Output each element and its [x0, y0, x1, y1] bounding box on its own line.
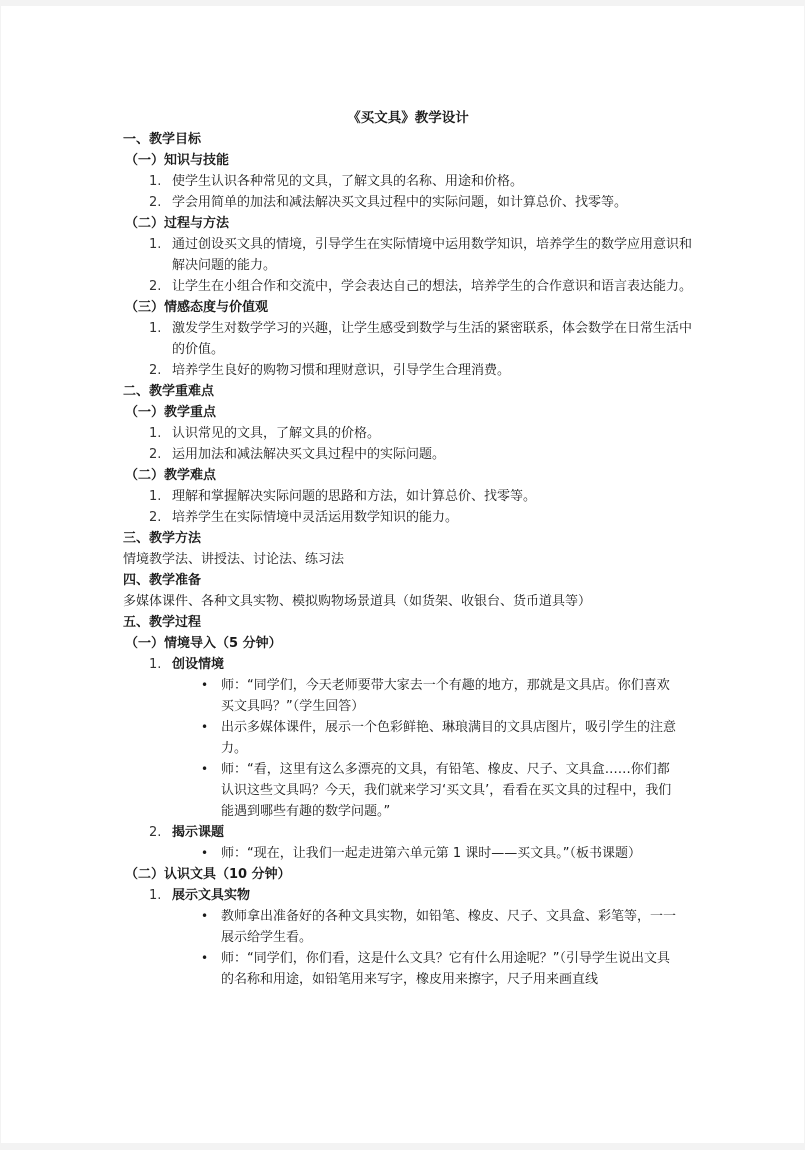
- list-item: 2. 学会用简单的加法和减法解决买文具过程中的实际问题，如计算总价、找零等。: [149, 192, 693, 213]
- bullet-text: 教师拿出准备好的各种文具实物，如铅笔、橡皮、尺子、文具盒、彩笔等，一一展示给学生…: [221, 906, 681, 948]
- list-text: 使学生认识各种常见的文具，了解文具的名称、用途和价格。: [172, 171, 693, 192]
- list-number: 1.: [149, 171, 172, 192]
- list-text: 运用加法和减法解决买文具过程中的实际问题。: [172, 444, 693, 465]
- preparation-text: 多媒体课件、各种文具实物、模拟购物场景道具（如货架、收银台、货币道具等）: [123, 591, 693, 612]
- step-title: 揭示课题: [172, 822, 693, 843]
- list-text: 理解和掌握解决实际问题的思路和方法，如计算总价、找零等。: [172, 486, 693, 507]
- bullet-item: • 出示多媒体课件，展示一个色彩鲜艳、琳琅满目的文具店图片，吸引学生的注意力。: [201, 717, 681, 759]
- list-number: 2.: [149, 360, 172, 381]
- list-number: 1.: [149, 486, 172, 507]
- list-number: 1.: [149, 318, 172, 360]
- list-number: 2.: [149, 507, 172, 528]
- subsection-heading-knowledge-skills: （一）知识与技能: [125, 150, 693, 171]
- list-text: 激发学生对数学学习的兴趣，让学生感受到数学与生活的紧密联系，体会数学在日常生活中…: [172, 318, 693, 360]
- subsection-heading-attitudes-values: （三）情感态度与价值观: [125, 297, 693, 318]
- bullet-text: 出示多媒体课件，展示一个色彩鲜艳、琳琅满目的文具店图片，吸引学生的注意力。: [221, 717, 681, 759]
- bullet-icon: •: [201, 759, 221, 822]
- bullet-item: • 师：“看，这里有这么多漂亮的文具，有铅笔、橡皮、尺子、文具盒……你们都认识这…: [201, 759, 681, 822]
- list-text: 学会用简单的加法和减法解决买文具过程中的实际问题，如计算总价、找零等。: [172, 192, 693, 213]
- bullet-text: 师：“同学们，今天老师要带大家去一个有趣的地方，那就是文具店。你们喜欢买文具吗？…: [221, 675, 681, 717]
- bullet-text: 师：“看，这里有这么多漂亮的文具，有铅笔、橡皮、尺子、文具盒……你们都认识这些文…: [221, 759, 681, 822]
- document-title: 《买文具》教学设计: [123, 108, 693, 129]
- list-text: 通过创设买文具的情境，引导学生在实际情境中运用数学知识，培养学生的数学应用意识和…: [172, 234, 693, 276]
- bullet-item: • 教师拿出准备好的各种文具实物，如铅笔、橡皮、尺子、文具盒、彩笔等，一一展示给…: [201, 906, 681, 948]
- bullet-item: • 师：“同学们，你们看，这是什么文具？它有什么用途呢？”（引导学生说出文具的名…: [201, 948, 681, 990]
- subsection-heading-key-points: （一）教学重点: [125, 402, 693, 423]
- section-heading-objectives: 一、教学目标: [123, 129, 693, 150]
- subsection-heading-introduction: （一）情境导入（5 分钟）: [125, 633, 693, 654]
- list-item: 2. 让学生在小组合作和交流中，学会表达自己的想法，培养学生的合作意识和语言表达…: [149, 276, 693, 297]
- step-number: 2.: [149, 822, 172, 843]
- bullet-icon: •: [201, 675, 221, 717]
- methods-text: 情境教学法、讲授法、讨论法、练习法: [123, 549, 693, 570]
- step-number: 1.: [149, 885, 172, 906]
- list-item: 2. 培养学生良好的购物习惯和理财意识，引导学生合理消费。: [149, 360, 693, 381]
- step-title: 创设情境: [172, 654, 693, 675]
- bullet-text: 师：“同学们，你们看，这是什么文具？它有什么用途呢？”（引导学生说出文具的名称和…: [221, 948, 681, 990]
- section-heading-methods: 三、教学方法: [123, 528, 693, 549]
- list-item: 1. 理解和掌握解决实际问题的思路和方法，如计算总价、找零等。: [149, 486, 693, 507]
- bullet-item: • 师：“同学们，今天老师要带大家去一个有趣的地方，那就是文具店。你们喜欢买文具…: [201, 675, 681, 717]
- list-item: 1. 使学生认识各种常见的文具，了解文具的名称、用途和价格。: [149, 171, 693, 192]
- list-text: 让学生在小组合作和交流中，学会表达自己的想法，培养学生的合作意识和语言表达能力。: [172, 276, 693, 297]
- list-number: 2.: [149, 192, 172, 213]
- step-number: 1.: [149, 654, 172, 675]
- bullet-icon: •: [201, 843, 221, 864]
- document-body: 《买文具》教学设计 一、教学目标 （一）知识与技能 1. 使学生认识各种常见的文…: [123, 108, 693, 990]
- bullet-item: • 师：“现在，让我们一起走进第六单元第 1 课时——买文具。”（板书课题）: [201, 843, 681, 864]
- subsection-heading-difficult-points: （二）教学难点: [125, 465, 693, 486]
- list-item: 2. 培养学生在实际情境中灵活运用数学知识的能力。: [149, 507, 693, 528]
- list-number: 2.: [149, 276, 172, 297]
- step-item: 1. 创设情境: [149, 654, 693, 675]
- bullet-text: 师：“现在，让我们一起走进第六单元第 1 课时——买文具。”（板书课题）: [221, 843, 641, 864]
- step-title: 展示文具实物: [172, 885, 693, 906]
- subsection-heading-recognize-stationery: （二）认识文具（10 分钟）: [125, 864, 693, 885]
- section-heading-process: 五、教学过程: [123, 612, 693, 633]
- bullet-icon: •: [201, 948, 221, 990]
- bullet-icon: •: [201, 906, 221, 948]
- list-item: 1. 认识常见的文具，了解文具的价格。: [149, 423, 693, 444]
- list-text: 认识常见的文具，了解文具的价格。: [172, 423, 693, 444]
- list-item: 2. 运用加法和减法解决买文具过程中的实际问题。: [149, 444, 693, 465]
- section-heading-key-difficult-points: 二、教学重难点: [123, 381, 693, 402]
- list-number: 2.: [149, 444, 172, 465]
- list-number: 1.: [149, 234, 172, 276]
- list-text: 培养学生在实际情境中灵活运用数学知识的能力。: [172, 507, 693, 528]
- list-text: 培养学生良好的购物习惯和理财意识，引导学生合理消费。: [172, 360, 693, 381]
- step-item: 1. 展示文具实物: [149, 885, 693, 906]
- section-heading-preparation: 四、教学准备: [123, 570, 693, 591]
- list-number: 1.: [149, 423, 172, 444]
- bullet-icon: •: [201, 717, 221, 759]
- subsection-heading-process-methods: （二）过程与方法: [125, 213, 693, 234]
- list-item: 1. 通过创设买文具的情境，引导学生在实际情境中运用数学知识，培养学生的数学应用…: [149, 234, 693, 276]
- list-item: 1. 激发学生对数学学习的兴趣，让学生感受到数学与生活的紧密联系，体会数学在日常…: [149, 318, 693, 360]
- document-page: 《买文具》教学设计 一、教学目标 （一）知识与技能 1. 使学生认识各种常见的文…: [1, 6, 804, 1143]
- step-item: 2. 揭示课题: [149, 822, 693, 843]
